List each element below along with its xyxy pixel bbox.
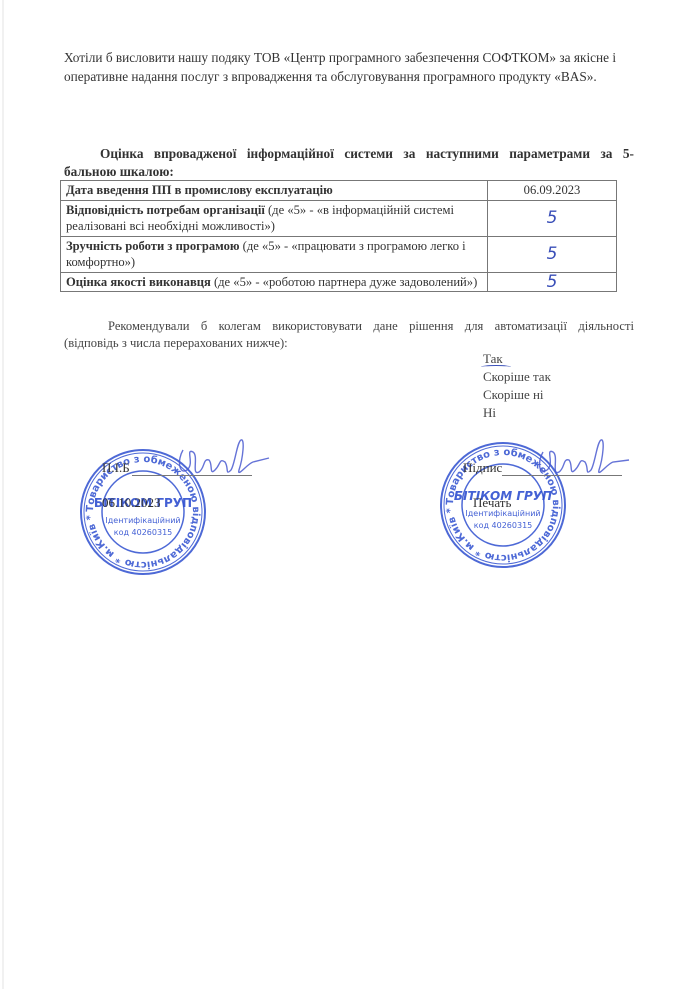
rating-row: Зручність роботи з програмою (де «5» - «… bbox=[61, 236, 617, 272]
rating-criterion: Відповідність потребам організації (де «… bbox=[61, 200, 488, 236]
rating-row: Оцінка якості виконавця (де «5» - «робот… bbox=[61, 272, 617, 292]
svg-text:код 40260315: код 40260315 bbox=[474, 521, 533, 530]
sign-label: Підпис bbox=[463, 460, 502, 475]
sign-line bbox=[502, 475, 622, 476]
rating-criterion: Оцінка якості виконавця (де «5» - «робот… bbox=[61, 272, 488, 292]
document-page: Хотіли б висловити нашу подяку ТОВ «Цент… bbox=[0, 0, 700, 989]
answer-option-label: Так bbox=[483, 351, 503, 366]
criterion-title: Відповідність потребам організації bbox=[66, 203, 265, 217]
rating-row: Відповідність потребам організації (де «… bbox=[61, 200, 617, 236]
recommend-line2: (відповідь з числа перерахованих нижче): bbox=[64, 336, 288, 350]
criterion-description: (де «5» - «роботою партнера дуже задовол… bbox=[211, 275, 477, 289]
answer-options: ТакСкоріше такСкоріше ніНі bbox=[483, 350, 551, 422]
answer-option-label: Скоріше так bbox=[483, 369, 551, 384]
name-label: П.І.Б bbox=[102, 460, 130, 475]
rating-row: Дата введення ПП в промислову експлуатац… bbox=[61, 181, 617, 201]
svg-text:код 40260315: код 40260315 bbox=[114, 528, 173, 537]
svg-text:Ідентифікаційний: Ідентифікаційний bbox=[105, 516, 180, 525]
answer-option: Так bbox=[483, 350, 551, 368]
handwritten-score: 5 bbox=[488, 272, 617, 292]
rating-heading: Оцінка впровадженої інформаційної систем… bbox=[64, 145, 634, 181]
answer-option-label: Скоріше ні bbox=[483, 387, 544, 402]
rating-value: 06.09.2023 bbox=[488, 181, 617, 201]
answer-option: Скоріше так bbox=[483, 368, 551, 386]
recommend-paragraph: Рекомендували б колегам використовувати … bbox=[64, 318, 634, 352]
scan-edge bbox=[2, 0, 4, 989]
name-field: П.І.Б bbox=[102, 460, 252, 476]
answer-option: Скоріше ні bbox=[483, 386, 551, 404]
criterion-title: Зручність роботи з програмою bbox=[66, 239, 240, 253]
handwritten-score: 5 bbox=[488, 200, 617, 236]
answer-option-label: Ні bbox=[483, 405, 496, 420]
rating-table: Дата введення ПП в промислову експлуатац… bbox=[60, 180, 617, 292]
handwritten-score: 5 bbox=[488, 236, 617, 272]
sign-field: Підпис bbox=[463, 460, 622, 476]
stamp-label: Печать bbox=[473, 495, 511, 511]
signature-date: 06.10.2023 bbox=[102, 495, 161, 511]
answer-option: Ні bbox=[483, 404, 551, 422]
rating-criterion: Дата введення ПП в промислову експлуатац… bbox=[61, 181, 488, 201]
rating-criterion: Зручність роботи з програмою (де «5» - «… bbox=[61, 236, 488, 272]
criterion-title: Оцінка якості виконавця bbox=[66, 275, 211, 289]
name-line bbox=[132, 475, 252, 476]
rating-heading-line1: Оцінка впровадженої інформаційної систем… bbox=[64, 145, 634, 163]
criterion-title: Дата введення ПП в промислову експлуатац… bbox=[66, 183, 333, 197]
recommend-line1: Рекомендували б колегам використовувати … bbox=[64, 318, 634, 335]
intro-paragraph: Хотіли б висловити нашу подяку ТОВ «Цент… bbox=[64, 49, 624, 86]
rating-heading-line2: бальною шкалою: bbox=[64, 164, 174, 179]
